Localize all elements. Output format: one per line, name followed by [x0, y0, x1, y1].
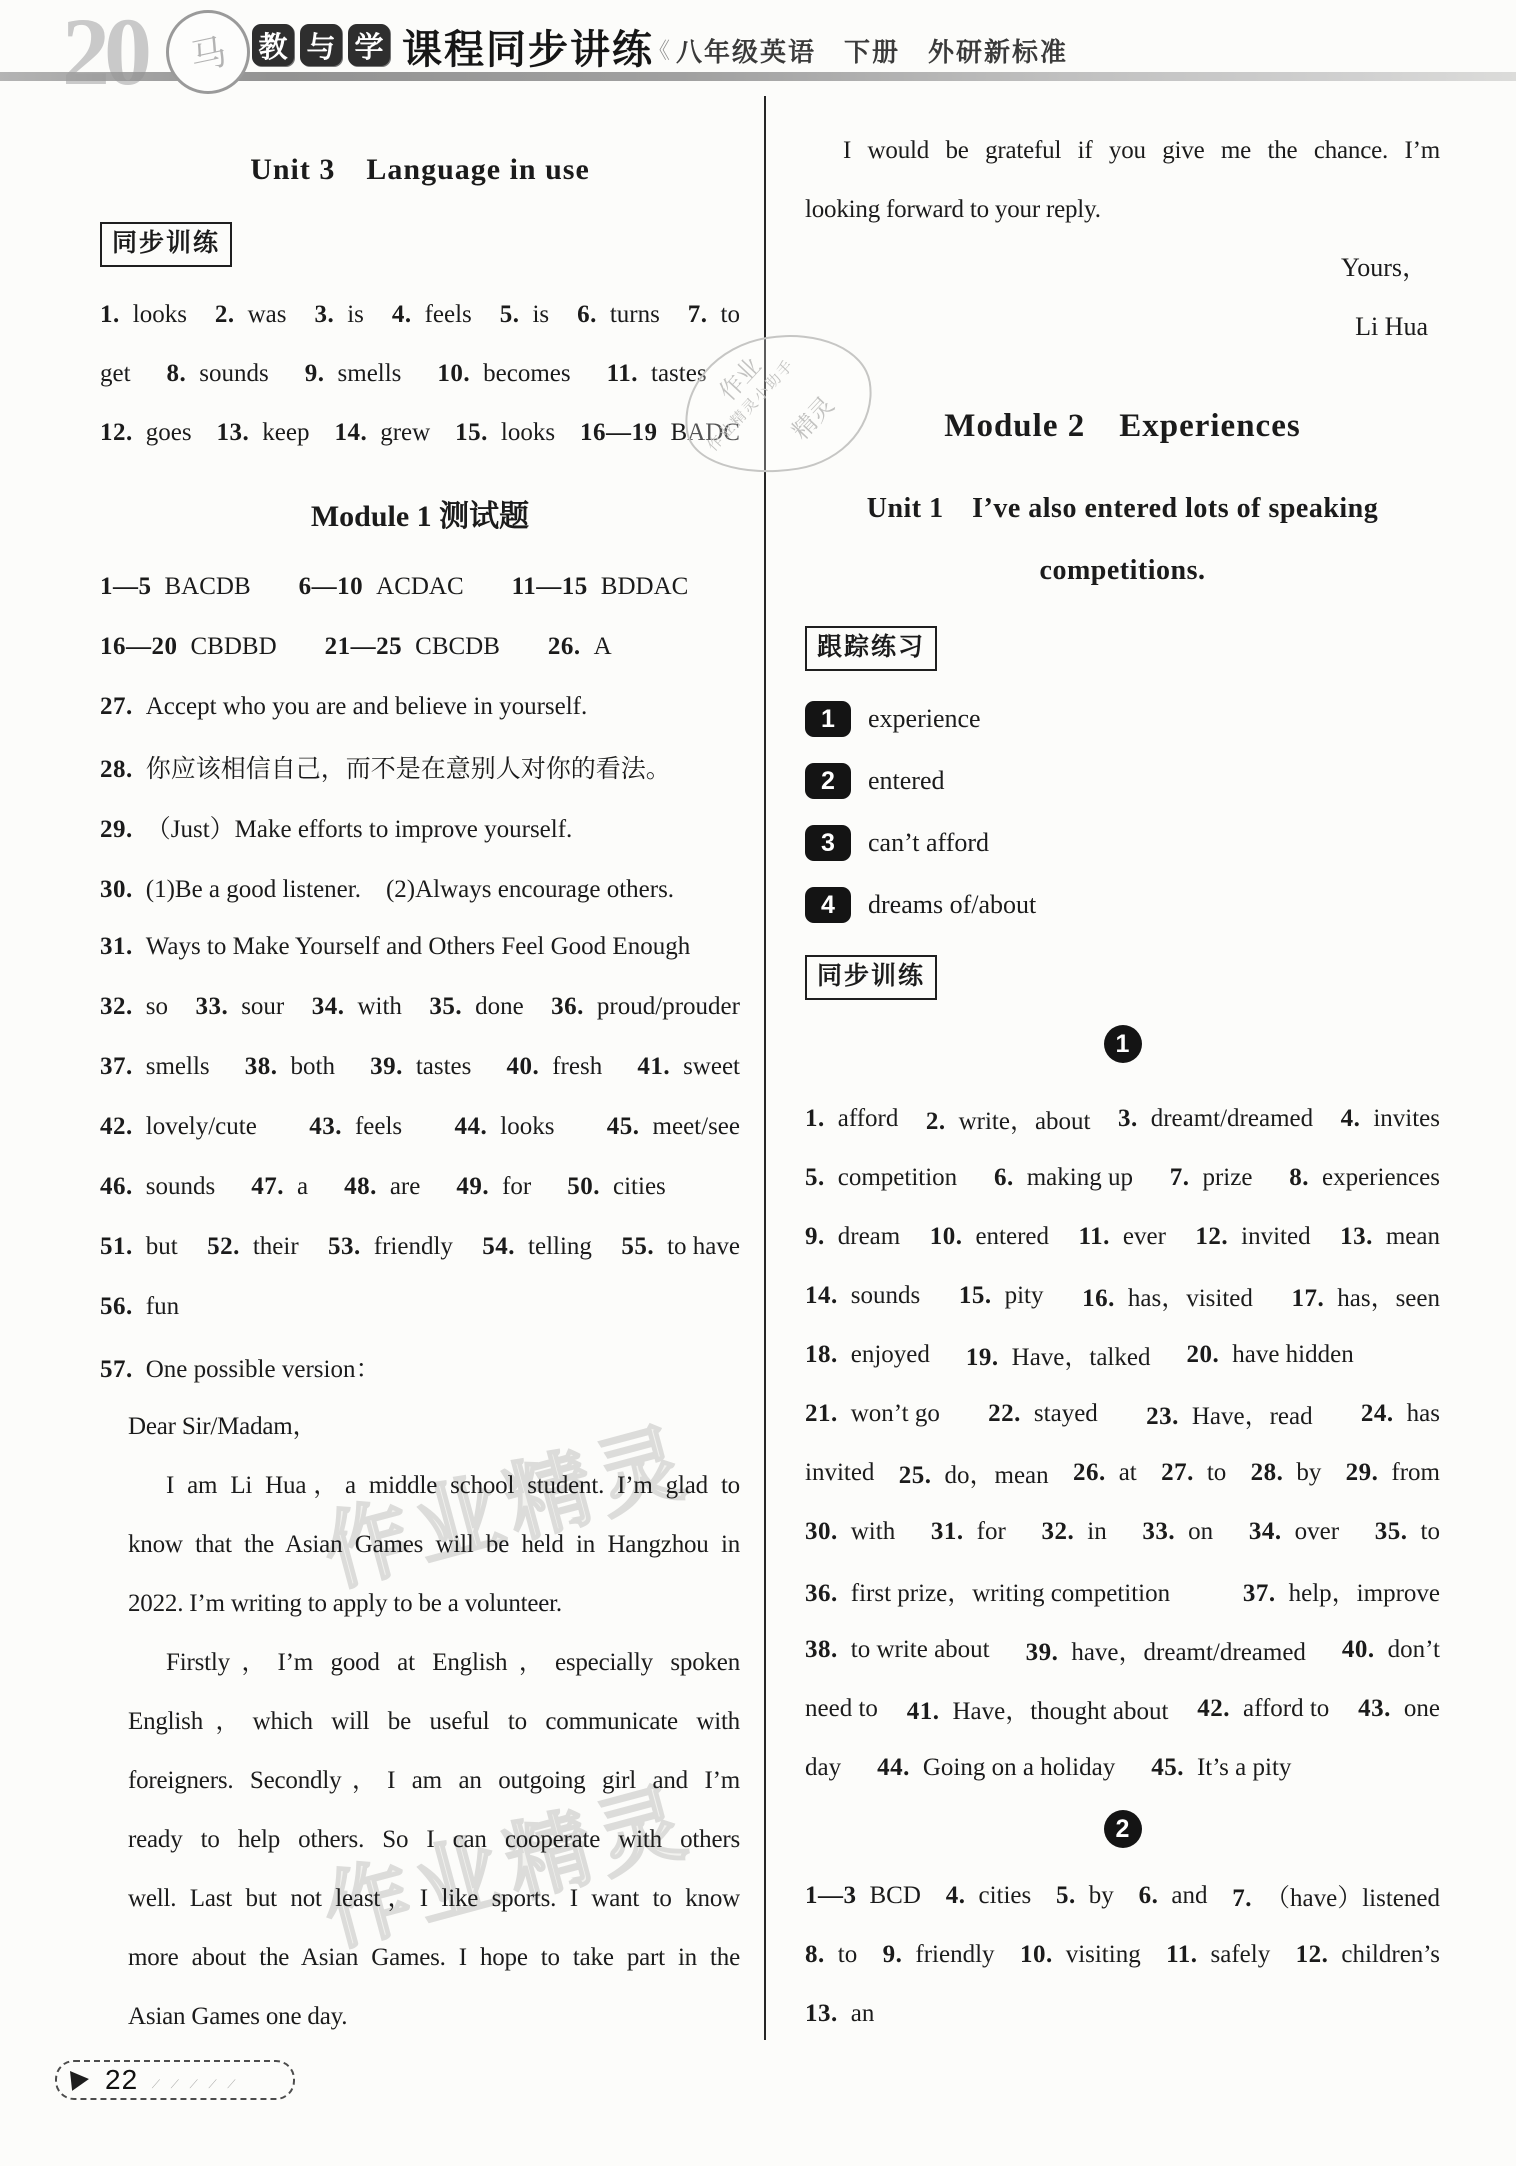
number-badge: 2	[805, 763, 851, 799]
answer-item: 27.Accept who you are and believe in you…	[100, 693, 587, 721]
letter-line: looking forward to your reply.	[805, 180, 1440, 239]
answer-item: 28.你应该相信自己，而不是在意别人对你的看法。	[100, 749, 671, 785]
answer-line: 30.(1)Be a good listener. (2)Always enco…	[100, 857, 740, 917]
answer-item: day	[805, 1754, 841, 1782]
answer-item: 14.grew	[334, 419, 430, 447]
right-column: I would be grateful if you give me the c…	[805, 0, 1440, 2166]
answer-line: 30.with31.for32.in33.on34.over35.to	[805, 1502, 1440, 1561]
signature-name: Li Hua	[805, 297, 1440, 356]
answer-line: 16—20CBDBD21—25CBCDB26.A	[100, 617, 740, 677]
answer-item: 6.turns	[577, 301, 660, 329]
answer-item: 6.and	[1139, 1882, 1208, 1910]
answer-item: 20.have hidden	[1186, 1341, 1353, 1369]
answer-item: 3.dreamt/dreamed	[1118, 1105, 1313, 1133]
answer-group-sync-part1: 1.afford2.write，about3.dreamt/dreamed4.i…	[805, 1089, 1440, 1797]
answer-item: 54.telling	[482, 1233, 592, 1261]
numbered-item: 4dreams of/about	[805, 874, 1440, 936]
answer-item: 16.has，visited	[1082, 1278, 1253, 1314]
label-box-sync-training-right: 同步训练	[805, 955, 937, 1000]
answer-item: 46.sounds	[100, 1173, 215, 1201]
answer-line: 5.competition6.making up7.prize8.experie…	[805, 1148, 1440, 1207]
answer-item: 7.to	[688, 301, 740, 329]
answer-line: 36.first prize，writing competition37.hel…	[805, 1561, 1440, 1620]
number-badge: 4	[805, 887, 851, 923]
answer-item: 53.friendly	[328, 1233, 453, 1261]
answer-item: 35.done	[429, 993, 523, 1021]
answer-line: 9.dream10.entered11.ever12.invited13.mea…	[805, 1207, 1440, 1266]
answer-item: 13.keep	[217, 419, 310, 447]
letter-line: I am Li Hua，a middle school student. I’m…	[128, 1456, 740, 1515]
answer-item: 45.meet/see	[607, 1113, 740, 1141]
answer-line: need to41.Have，thought about42.afford to…	[805, 1679, 1440, 1738]
answer-line: 46.sounds47.a48.are49.for50.cities	[100, 1157, 740, 1217]
answer-line: 37.smells38.both39.tastes40.fresh41.swee…	[100, 1037, 740, 1097]
answer-item: 39.have，dreamt/dreamed	[1026, 1632, 1306, 1668]
arrow-icon	[70, 2069, 90, 2091]
badge-answer-text: experience	[868, 704, 981, 734]
stamp-line-3: 精灵	[782, 387, 840, 446]
answer-item: 22.stayed	[988, 1400, 1098, 1428]
answer-item: 15.looks	[455, 419, 555, 447]
answer-item: 41.sweet	[637, 1053, 740, 1081]
letter-line: well. Last but not least，I like sports. …	[128, 1869, 740, 1928]
answer-item: 12.invited	[1195, 1223, 1310, 1251]
answer-line: 1.looks2.was3.is4.feels5.is6.turns7.to	[100, 285, 740, 344]
answer-line: 29.（Just）Make efforts to improve yoursel…	[100, 797, 740, 857]
answer-item: 36.first prize，writing competition	[805, 1573, 1170, 1609]
answer-item: 37.help，improve	[1243, 1573, 1440, 1609]
answer-item: 10.becomes	[437, 360, 570, 388]
answer-item: 48.are	[344, 1173, 420, 1201]
answer-item: 6—10ACDAC	[299, 573, 464, 601]
answer-line: 28.你应该相信自己，而不是在意别人对你的看法。	[100, 737, 740, 797]
answer-item: 29.（Just）Make efforts to improve yoursel…	[100, 809, 572, 845]
section-heading-module1-test: Module 1 测试题	[100, 487, 740, 547]
answer-line: 8.to9.friendly10.visiting11.safely12.chi…	[805, 1925, 1440, 1984]
badge-answer-text: entered	[868, 766, 945, 796]
answer-item: 4.invites	[1341, 1105, 1440, 1133]
answer-item: 38.to write about	[805, 1636, 990, 1664]
answer-line: 56.fun	[100, 1277, 740, 1337]
left-column: Unit 3 Language in use 同步训练 1.looks2.was…	[100, 0, 740, 2166]
answer-item: 21—25CBCDB	[325, 633, 500, 661]
answer-item: 1—5BACDB	[100, 573, 251, 601]
letter-line: ready to help others. So I can cooperate…	[128, 1810, 740, 1869]
letter-line: foreigners. Secondly，I am an outgoing gi…	[128, 1751, 740, 1810]
section-heading-unit1: Unit 1 I’ve also entered lots of speakin…	[805, 478, 1440, 602]
answer-line: 14.sounds15.pity16.has，visited17.has，see…	[805, 1266, 1440, 1325]
answer-item: 26.A	[548, 633, 612, 661]
answer-item: 13.mean	[1340, 1223, 1440, 1251]
part-circle-1: 1	[805, 1025, 1440, 1063]
answer-item: 9.friendly	[883, 1941, 995, 1969]
answer-item: 30.with	[805, 1518, 895, 1546]
answer-line: 31.Ways to Make Yourself and Others Feel…	[100, 917, 740, 977]
letter-line: Asian Games one day.	[128, 1987, 740, 2046]
answer-item: 4.feels	[392, 301, 472, 329]
answer-item: 40.don’t	[1342, 1636, 1440, 1664]
answer-item: 9.smells	[305, 360, 402, 388]
answer-line: 42.lovely/cute43.feels44.looks45.meet/se…	[100, 1097, 740, 1157]
answer-line: 57.One possible version：	[100, 1337, 740, 1397]
answer-item: 27.to	[1161, 1459, 1226, 1487]
answer-line: 13.an	[805, 1984, 1440, 2043]
answer-item: 32.in	[1042, 1518, 1107, 1546]
answer-item: 1.looks	[100, 301, 187, 329]
track-practice-answers: 1experience2entered3can’t afford4dreams …	[805, 688, 1440, 936]
answer-item: 4.cities	[946, 1882, 1032, 1910]
answer-group-unit3: 1.looks2.was3.is4.feels5.is6.turns7.toge…	[100, 285, 740, 462]
answer-item: 24.has	[1361, 1400, 1440, 1428]
letter-line: Dear Sir/Madam，	[128, 1397, 740, 1456]
answer-item: 23.Have，read	[1146, 1396, 1313, 1432]
answer-line: 18.enjoyed19.Have，talked20.have hidden	[805, 1325, 1440, 1384]
answer-item: 2.write，about	[926, 1101, 1091, 1137]
answer-line: invited25.do，mean26.at27.to28.by29.from	[805, 1443, 1440, 1502]
answer-item: 26.at	[1073, 1459, 1137, 1487]
answer-item: invited	[805, 1459, 874, 1487]
answer-item: 1.afford	[805, 1105, 898, 1133]
answer-item: 55.to have	[621, 1233, 740, 1261]
answer-item: 16—20CBDBD	[100, 633, 277, 661]
unit1-heading-line1: Unit 1 I’ve also entered lots of speakin…	[805, 478, 1440, 540]
section-heading-module2: Module 2 Experiences	[805, 395, 1440, 457]
badge-answer-text: can’t afford	[868, 828, 989, 858]
numbered-item: 3can’t afford	[805, 812, 1440, 874]
answer-item: 41.Have，thought about	[907, 1691, 1169, 1727]
letter-paragraph-left: Dear Sir/Madam，I am Li Hua，a middle scho…	[128, 1397, 740, 2046]
answer-item: 7.（have）listened	[1232, 1878, 1440, 1914]
answer-item: 57.One possible version：	[100, 1349, 380, 1385]
answer-item: 14.sounds	[805, 1282, 920, 1310]
letter-line: know that the Asian Games will be held i…	[128, 1515, 740, 1574]
answer-item: 31.for	[931, 1518, 1006, 1546]
badge-answer-text: dreams of/about	[868, 890, 1036, 920]
answer-line: 1—5BACDB6—10ACDAC11—15BDDAC	[100, 557, 740, 617]
answer-item: 6.making up	[994, 1164, 1133, 1192]
answer-item: 1—3BCD	[805, 1882, 921, 1910]
answer-line: day44.Going on a holiday45.It’s a pity	[805, 1738, 1440, 1797]
answer-item: 35.to	[1375, 1518, 1440, 1546]
number-badge: 3	[805, 825, 851, 861]
answer-item: need to	[805, 1695, 878, 1723]
answer-item: 42.lovely/cute	[100, 1113, 257, 1141]
answer-item: 11.ever	[1079, 1223, 1166, 1251]
answer-item: 51.but	[100, 1233, 178, 1261]
answer-item: 5.by	[1056, 1882, 1114, 1910]
numbered-item: 1experience	[805, 688, 1440, 750]
answer-item: 9.dream	[805, 1223, 900, 1251]
answer-item: 17.has，seen	[1292, 1278, 1441, 1314]
answer-item: get	[100, 360, 131, 388]
scanned-answer-page: 20 马 教 与 学 课程同步讲练 《 八年级英语 下册 外研新标准 作业精灵 …	[0, 0, 1516, 2166]
answer-item: 12.goes	[100, 419, 192, 447]
label-box-sync-training-left: 同步训练	[100, 222, 232, 267]
answer-item: 2.was	[215, 301, 287, 329]
answer-item: 34.with	[312, 993, 402, 1021]
numbered-item: 2entered	[805, 750, 1440, 812]
answer-item: 42.afford to	[1197, 1695, 1329, 1723]
answer-item: 36.proud/prouder	[551, 993, 740, 1021]
number-badge: 1	[805, 701, 851, 737]
answer-line: 21.won’t go22.stayed23.Have，read24.has	[805, 1384, 1440, 1443]
answer-item: 19.Have，talked	[966, 1337, 1151, 1373]
answer-item: 8.to	[805, 1941, 857, 1969]
letter-line: English，which will be useful to communic…	[128, 1692, 740, 1751]
answer-item: 37.smells	[100, 1053, 210, 1081]
answer-item: 5.competition	[805, 1164, 957, 1192]
letter-signature: Yours， Li Hua	[805, 238, 1440, 356]
answer-item: 10.visiting	[1020, 1941, 1141, 1969]
answer-item: 32.so	[100, 993, 168, 1021]
letter-line: more about the Asian Games. I hope to ta…	[128, 1928, 740, 1987]
label-box-track-practice: 跟踪练习	[805, 626, 937, 671]
answer-line: 38.to write about39.have，dreamt/dreamed4…	[805, 1620, 1440, 1679]
answer-line: 51.but52.their53.friendly54.telling55.to…	[100, 1217, 740, 1277]
answer-item: 43.feels	[309, 1113, 402, 1141]
answer-item: 12.children’s	[1296, 1941, 1440, 1969]
answer-item: 11.tastes	[607, 360, 707, 388]
answer-line: 32.so33.sour34.with35.done36.proud/proud…	[100, 977, 740, 1037]
answer-item: 21.won’t go	[805, 1400, 940, 1428]
answer-item: 38.both	[245, 1053, 335, 1081]
answer-item: 43.one	[1358, 1695, 1440, 1723]
answer-item: 33.sour	[195, 993, 284, 1021]
answer-item: 33.on	[1142, 1518, 1213, 1546]
letter-line: Firstly，I’m good at English，especially s…	[128, 1633, 740, 1692]
answer-item: 44.Going on a holiday	[877, 1754, 1115, 1782]
answer-item: 3.is	[314, 301, 363, 329]
answer-item: 39.tastes	[370, 1053, 471, 1081]
letter-paragraph-right: I would be grateful if you give me the c…	[805, 121, 1440, 239]
answer-item: 18.enjoyed	[805, 1341, 930, 1369]
footer-page-bubble: 22 / / / / /	[55, 2060, 295, 2100]
answer-line: get8.sounds9.smells10.becomes11.tastes	[100, 344, 740, 403]
answer-item: 47.a	[251, 1173, 308, 1201]
signature-yours: Yours，	[805, 238, 1440, 297]
tick-marks: / / / / /	[150, 2076, 244, 2092]
answer-item: 10.entered	[930, 1223, 1049, 1251]
answer-item: 56.fun	[100, 1293, 179, 1321]
answer-item: 50.cities	[567, 1173, 666, 1201]
answer-line: 1.afford2.write，about3.dreamt/dreamed4.i…	[805, 1089, 1440, 1148]
answer-item: 29.from	[1346, 1459, 1440, 1487]
letter-line: 2022. I’m writing to apply to be a volun…	[128, 1574, 740, 1633]
page-number: 22	[105, 2064, 138, 2096]
answer-item: 34.over	[1249, 1518, 1339, 1546]
letter-line: I would be grateful if you give me the c…	[805, 121, 1440, 180]
answer-item: 11—15BDDAC	[512, 573, 689, 601]
section-heading-unit3: Unit 3 Language in use	[100, 140, 740, 200]
answer-item: 45.It’s a pity	[1151, 1754, 1291, 1782]
answer-item: 13.an	[805, 2000, 874, 2028]
answer-line: 1—3BCD4.cities5.by6.and7.（have）listened	[805, 1866, 1440, 1925]
answer-group-sync-part2: 1—3BCD4.cities5.by6.and7.（have）listened8…	[805, 1866, 1440, 2043]
answer-item: 49.for	[456, 1173, 531, 1201]
answer-group-module1-test: 1—5BACDB6—10ACDAC11—15BDDAC16—20CBDBD21—…	[100, 557, 740, 1397]
unit1-heading-line2: competitions.	[805, 540, 1440, 602]
answer-item: 28.by	[1251, 1459, 1322, 1487]
answer-item: 11.safely	[1166, 1941, 1270, 1969]
answer-item: 40.fresh	[506, 1053, 602, 1081]
answer-item: 8.experiences	[1289, 1164, 1440, 1192]
answer-item: 25.do，mean	[899, 1455, 1049, 1491]
answer-line: 27.Accept who you are and believe in you…	[100, 677, 740, 737]
answer-item: 15.pity	[959, 1282, 1044, 1310]
part-circle-2: 2	[805, 1810, 1440, 1848]
answer-item: 31.Ways to Make Yourself and Others Feel…	[100, 933, 690, 961]
answer-item: 5.is	[500, 301, 549, 329]
answer-line: 12.goes13.keep14.grew15.looks16—19BADC	[100, 403, 740, 462]
answer-item: 7.prize	[1170, 1164, 1253, 1192]
answer-item: 52.their	[207, 1233, 299, 1261]
answer-item: 30.(1)Be a good listener. (2)Always enco…	[100, 869, 674, 905]
answer-item: 44.looks	[455, 1113, 555, 1141]
answer-item: 8.sounds	[167, 360, 269, 388]
